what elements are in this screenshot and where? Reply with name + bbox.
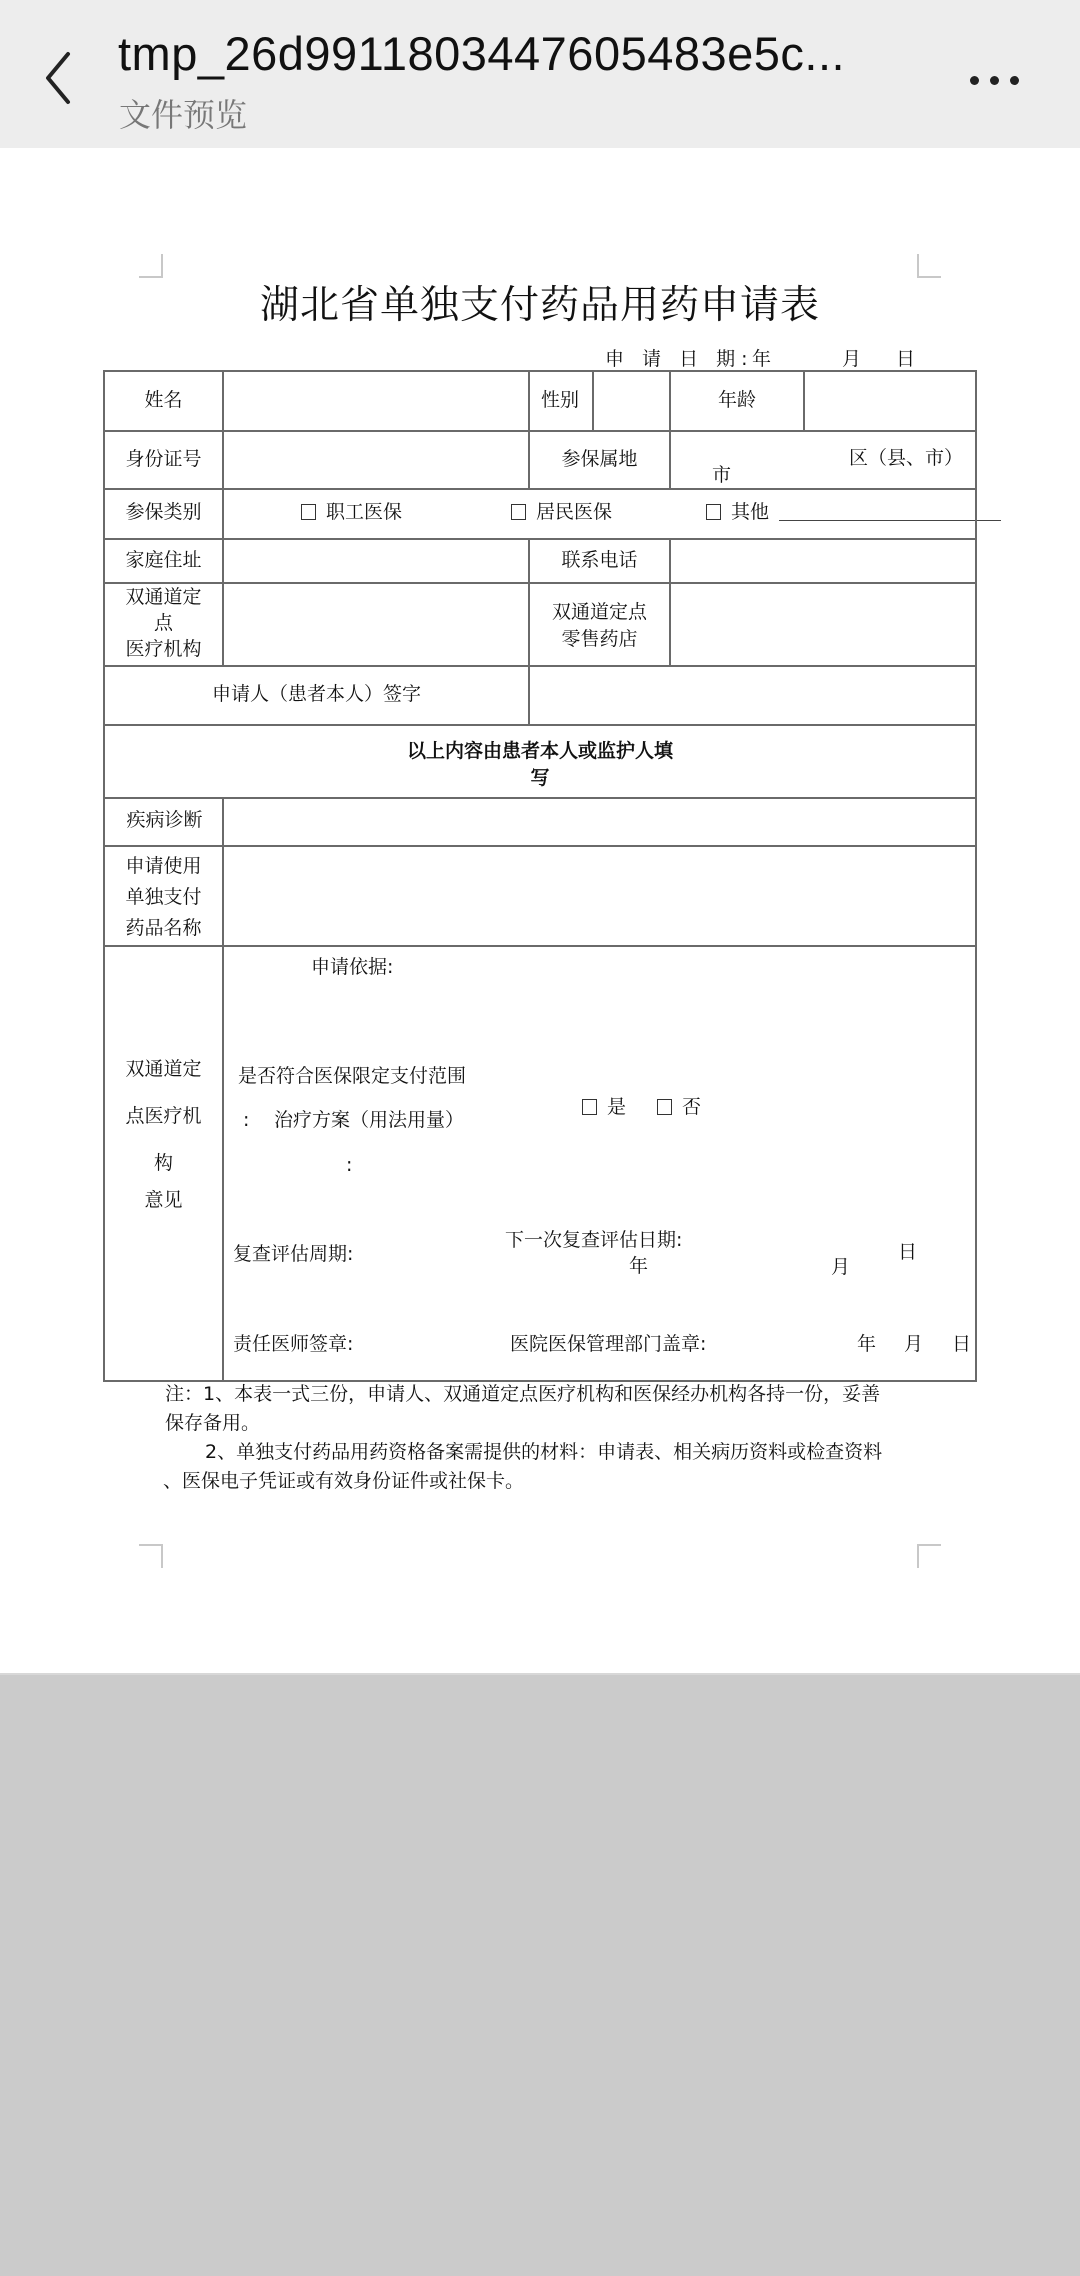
drug-name-field[interactable] [224,847,975,945]
option-label: 否 [682,1096,701,1118]
label-line: 单独支付 [105,882,222,913]
id-number-field[interactable] [224,432,528,488]
date-day: 日 [896,344,915,371]
label-line: 医疗机构 [105,636,222,662]
table-line [103,724,976,726]
insurance-type-label: 参保类别 [105,500,222,525]
table-line [103,488,976,490]
dept-stamp-label: 医院医保管理部门盖章: [510,1332,706,1357]
label-line: 申请使用 [105,851,222,882]
opinion-label: 双通道定 点医疗机 构 意见 [105,1046,222,1224]
note-line-2: 保存备用。 [165,1409,260,1438]
note-line-4: 、医保电子凭证或有效身份证件或社保卡。 [163,1467,524,1496]
date-month: 月 [842,344,861,371]
checkbox-icon[interactable] [657,1099,672,1115]
label-line: 双通道定点 [530,599,669,626]
age-label: 年龄 [671,388,803,413]
next-review-day: 日 [898,1240,917,1265]
stamp-month: 月 [904,1332,923,1357]
label-line: 意见 [105,1177,222,1224]
option-other-insurance[interactable]: 其他 [706,500,769,525]
viewer-background[interactable] [0,1677,1080,2276]
note-line: 写 [105,765,975,792]
address-label: 家庭住址 [105,548,222,573]
top-bar: tmp_26d9911803447605483e5c... 文件预览 [0,0,1080,148]
file-preview-subtitle: 文件预览 [119,90,247,136]
label-line: 点 [105,610,222,636]
insured-place-label: 参保属地 [530,447,669,472]
option-employee-insurance[interactable]: 职工医保 [301,500,402,525]
diagnosis-field[interactable] [224,799,975,845]
file-name-title: tmp_26d9911803447605483e5c... [118,26,845,81]
basis-label: 申请依据: [311,955,393,980]
option-label: 其他 [731,501,769,523]
address-field[interactable] [224,540,528,582]
option-resident-insurance[interactable]: 居民医保 [511,500,612,525]
patient-fill-note: 以上内容由患者本人或监护人填 写 [105,738,975,792]
label-line: 药品名称 [105,913,222,944]
district-suffix: 区（县、市） [849,446,963,471]
next-review-month: 月 [831,1255,850,1280]
label-line: 双通道定 [105,1046,222,1093]
more-dot [990,76,999,85]
document-page[interactable]: 湖北省单独支付药品用药申请表 申 请 日 期: 年 月 日 [0,148,1080,1675]
checkbox-icon[interactable] [706,504,721,520]
back-button[interactable] [40,50,76,106]
diagnosis-label: 疾病诊断 [105,808,224,833]
document-title: 湖北省单独支付药品用药申请表 [0,274,1080,330]
applicant-signature-field[interactable] [530,667,975,724]
pharmacy-field[interactable] [671,584,975,665]
applicant-signature-label: 申请人（患者本人）签字 [105,682,528,707]
id-number-label: 身份证号 [105,447,222,472]
scope-label: 是否符合医保限定支付范围 [238,1064,466,1089]
plan-prefix: : [243,1108,249,1133]
date-label: 申 请 日 期: [605,344,754,371]
checkbox-icon[interactable] [301,504,316,520]
more-horizontal-icon [970,76,979,85]
treatment-plan-label: 治疗方案（用法用量） [274,1108,464,1133]
phone-field[interactable] [671,540,975,582]
note-line-3: 2、单独支付药品用药资格备案需提供的材料：申请表、相关病历资料或检查资料 [205,1438,882,1467]
more-options-button[interactable] [964,64,1028,94]
basis-field[interactable] [224,984,975,1044]
page-corner-mark [917,1544,941,1568]
more-dot [1010,76,1019,85]
name-field[interactable] [224,372,528,430]
label-line: 点医疗机 [105,1093,222,1140]
table-line [103,945,976,947]
stamp-year: 年 [857,1332,876,1357]
option-label: 居民医保 [536,501,612,523]
checkbox-icon[interactable] [511,504,526,520]
phone-label: 联系电话 [530,548,669,573]
date-year: 年 [752,344,771,371]
scope-yes-option[interactable]: 是 [582,1095,626,1120]
drug-name-label: 申请使用 单独支付 药品名称 [105,851,222,944]
doctor-signature-label: 责任医师签章: [233,1332,353,1357]
note-line: 以上内容由患者本人或监护人填 [105,738,975,765]
page-corner-mark [139,1544,163,1568]
institution-label: 双通道定 点 医疗机构 [105,584,222,662]
scope-no-option[interactable]: 否 [657,1095,701,1120]
next-review-label: 下一次复查评估日期: [505,1228,682,1253]
name-label: 姓名 [105,388,222,413]
institution-field[interactable] [224,584,528,665]
label-line: 零售药店 [530,626,669,653]
table-line [975,370,977,1382]
age-field[interactable] [805,372,975,430]
note-line-1: 注：1、本表一式三份，申请人、双通道定点医疗机构和医保经办机构各持一份，妥善 [165,1380,880,1409]
review-cycle-label: 复查评估周期: [233,1242,353,1267]
checkbox-icon[interactable] [582,1099,597,1115]
city-suffix: 市 [712,463,731,488]
gender-label: 性别 [541,388,579,413]
pharmacy-label: 双通道定点 零售药店 [530,599,669,653]
label-line: 双通道定 [105,584,222,610]
plan-colon: : [346,1153,352,1178]
gender-field[interactable] [594,372,669,430]
file-preview-screen: tmp_26d9911803447605483e5c... 文件预览 湖北省单独… [0,0,1080,2276]
other-underline [779,520,1001,521]
next-review-year: 年 [629,1254,648,1279]
option-label: 是 [607,1096,626,1118]
chevron-left-icon [40,50,76,106]
option-label: 职工医保 [326,501,402,523]
stamp-day: 日 [952,1332,971,1357]
